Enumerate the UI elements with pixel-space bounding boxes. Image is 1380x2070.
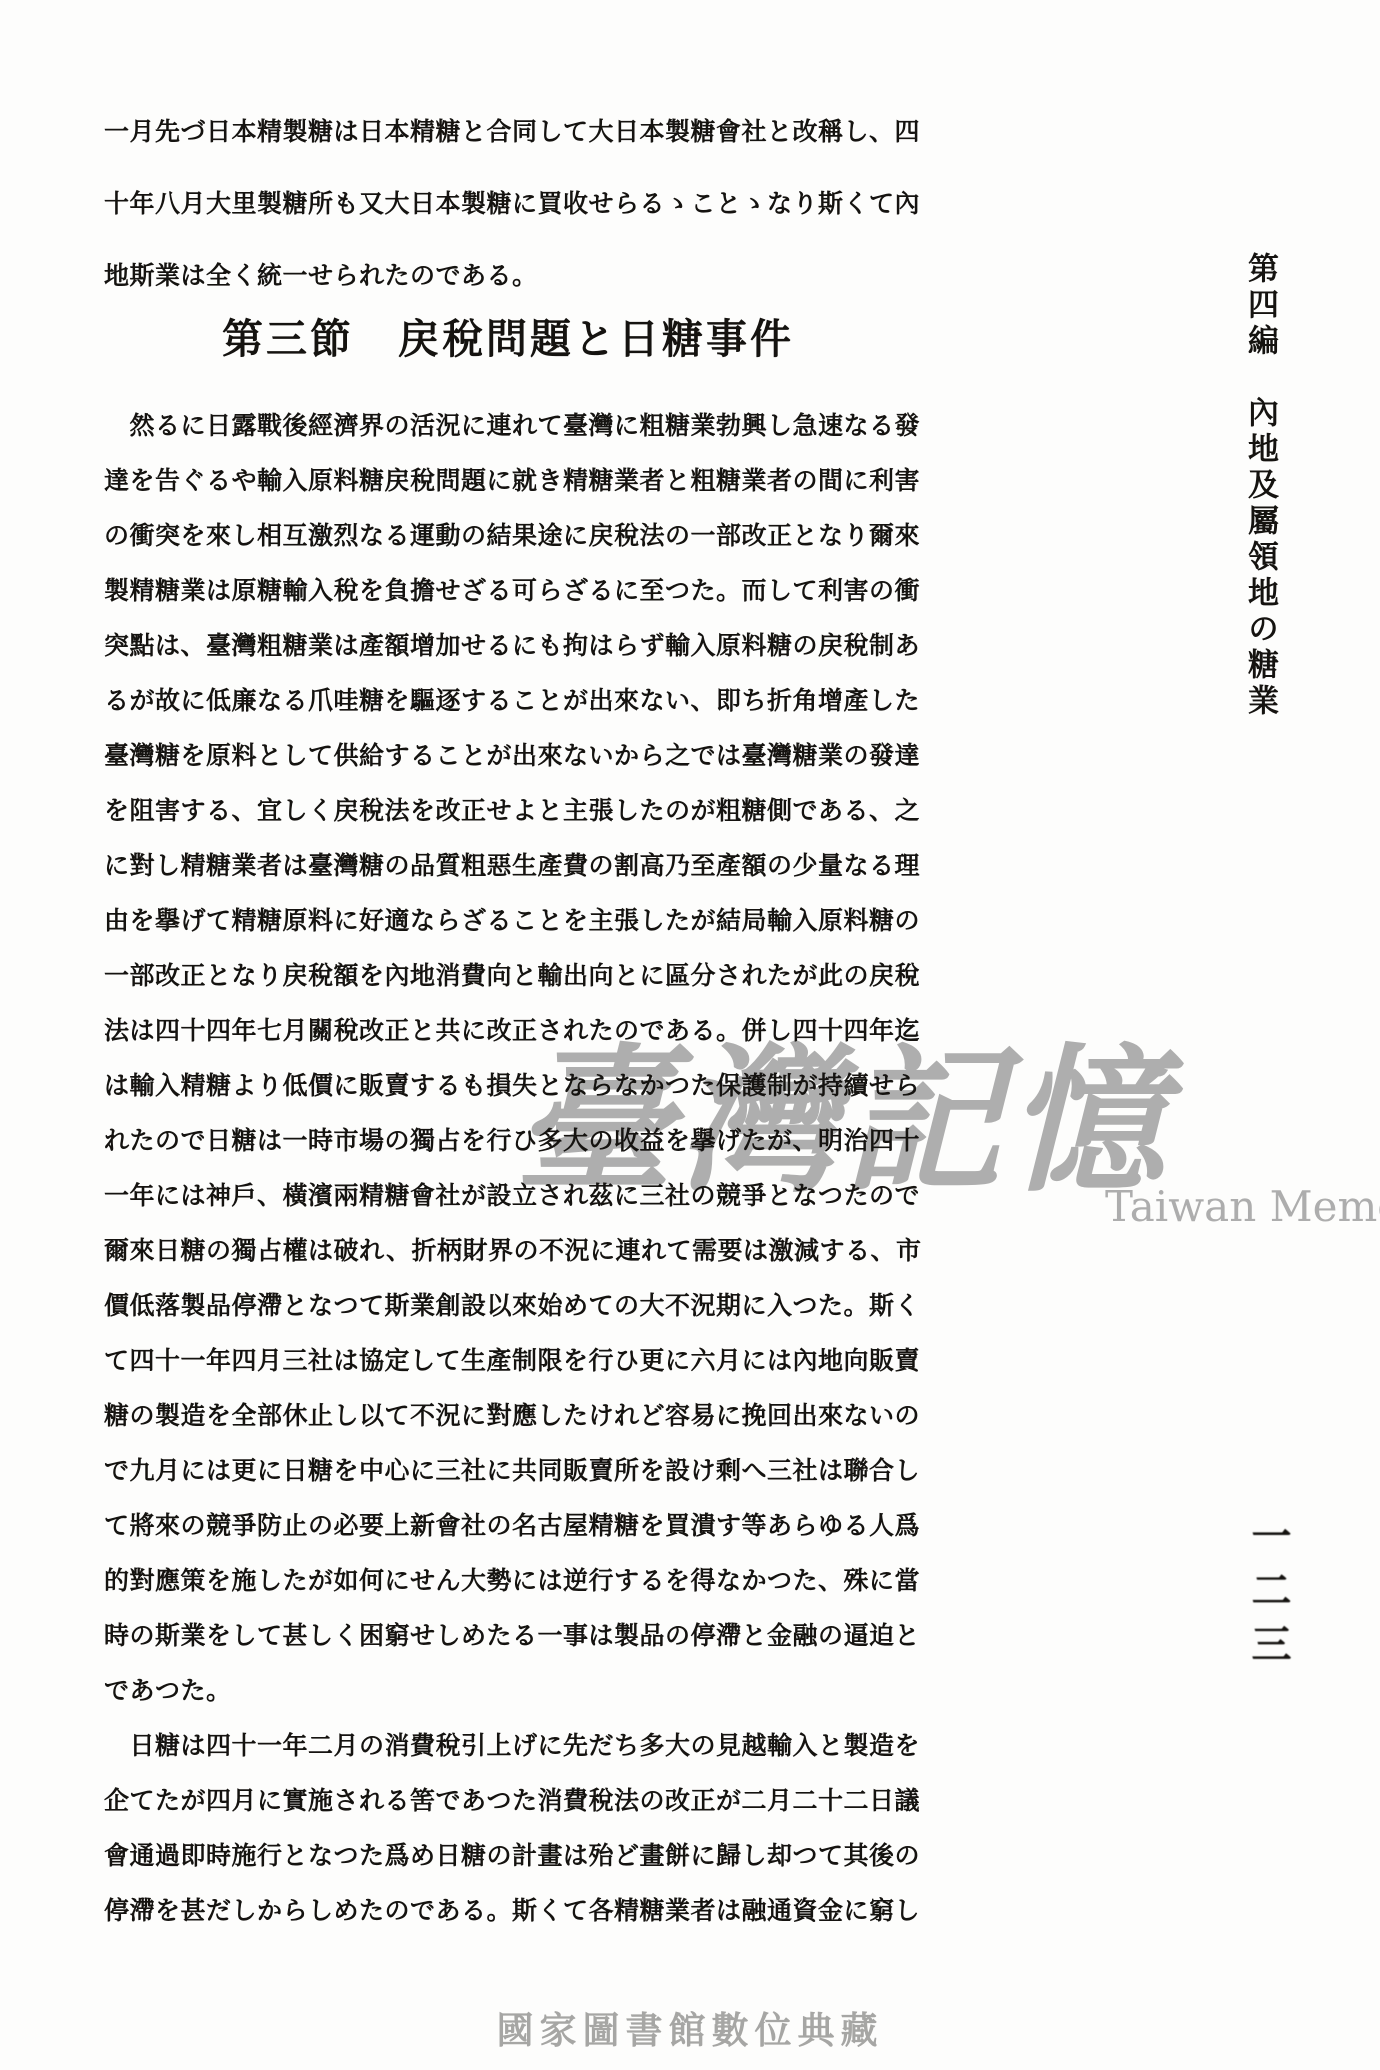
text-line: 法は四十四年七月關稅改正と共に改正されたのである。併し四十四年迄 xyxy=(104,1003,912,1058)
text-line: 臺灣糖を原料として供給することが出來ないから之では臺灣糖業の發達 xyxy=(104,728,912,783)
text-line: に對し精糖業者は臺灣糖の品質粗惡生產費の割高乃至產額の少量なる理 xyxy=(104,838,912,893)
text-line: 一部改正となり戻稅額を內地消費向と輸出向とに區分されたが此の戻稅 xyxy=(104,948,912,1003)
taiwan-memory-watermark-latin: Taiwan Memory xyxy=(1105,1182,1380,1231)
text-line: で九月には更に日糖を中心に三社に共同販賣所を設け剩へ三社は聯合し xyxy=(104,1443,912,1498)
text-line: 爾來日糖の獨占權は破れ、折柄財界の不況に連れて需要は激減する、市 xyxy=(104,1223,912,1278)
library-footer-watermark: 國家圖書館數位典藏 xyxy=(0,2000,1380,2054)
text-line: は輸入精糖より低價に販賣するも損失とならなかつた保護制が持續せら xyxy=(104,1058,912,1113)
text-line: 一月先づ日本精製糖は日本精糖と合同して大日本製糖會社と改稱し、四 xyxy=(104,96,912,168)
text-line: るが故に低廉なる爪哇糖を驅逐することが出來ない、即ち折角增產した xyxy=(104,673,912,728)
text-line: を阻害する、宜しく戻稅法を改正せよと主張したのが粗糖側である、之 xyxy=(104,783,912,838)
text-line: て將來の競爭防止の必要上新會社の名古屋精糖を買潰す等あらゆる人爲 xyxy=(104,1498,912,1553)
text-line: 十年八月大里製糖所も又大日本製糖に買收せらるゝことゝなり斯くて內 xyxy=(104,168,912,240)
chapter-margin-label: 第四編 內地及屬領地の糖業 xyxy=(1238,252,1283,772)
text-line: 由を擧げて精糖原料に好適ならざることを主張したが結局輸入原料糖の xyxy=(104,893,912,948)
text-line: の衝突を來し相互激烈なる運動の結果途に戻稅法の一部改正となり爾來 xyxy=(104,508,912,563)
text-line: れたので日糖は一時市場の獨占を行ひ多大の收益を擧げたが、明治四十 xyxy=(104,1113,912,1168)
text-line: 製精糖業は原糖輸入稅を負擔せざる可らざるに至つた。而して利害の衝 xyxy=(104,563,912,618)
text-line: 地斯業は全く統一せられたのである。 xyxy=(104,240,912,312)
text-line: 價低落製品停滯となつて斯業創設以來始めての大不況期に入つた。斯く xyxy=(104,1278,912,1333)
text-line: 時の斯業をして甚しく困窮せしめたる一事は製品の停滯と金融の逼迫と xyxy=(104,1608,912,1663)
text-line: 糖の製造を全部休止し以て不況に對應したけれど容易に挽回出來ないの xyxy=(104,1388,912,1443)
section-heading: 第三節 戻稅問題と日糖事件 xyxy=(104,306,912,365)
text-line: 會通過即時施行となつた爲め日糖の計畫は殆ど畫餅に歸し却つて其後の xyxy=(104,1828,912,1883)
text-line: 的對應策を施したが如何にせん大勢には逆行するを得なかつた、殊に當 xyxy=(104,1553,912,1608)
text-line: であつた。 xyxy=(104,1663,912,1718)
intro-paragraph: 一月先づ日本精製糖は日本精糖と合同して大日本製糖會社と改稱し、四 十年八月大里製… xyxy=(104,96,912,312)
page-number: 一二三 xyxy=(1240,1515,1297,1735)
text-line: て四十一年四月三社は協定して生產制限を行ひ更に六月には內地向販賣 xyxy=(104,1333,912,1388)
text-line: 突點は、臺灣粗糖業は產額增加せるにも拘はらず輸入原料糖の戻稅制あ xyxy=(104,618,912,673)
text-line: 一年には神戶、橫濱兩精糖會社が設立され茲に三社の競爭となつたので xyxy=(104,1168,912,1223)
body-text: 然るに日露戰後經濟界の活況に連れて臺灣に粗糖業勃興し急速なる發 達を告ぐるや輸入… xyxy=(104,398,912,1938)
text-line: 企てたが四月に實施される筈であつた消費稅法の改正が二月二十二日議 xyxy=(104,1773,912,1828)
text-line: 停滯を甚だしからしめたのである。斯くて各精糖業者は融通資金に窮し xyxy=(104,1883,912,1938)
scanned-book-page: 臺灣記憶 Taiwan Memory 一月先づ日本精製糖は日本精糖と合同して大日… xyxy=(0,0,1380,2070)
text-line: 日糖は四十一年二月の消費稅引上げに先だち多大の見越輸入と製造を xyxy=(104,1718,912,1773)
text-line: 然るに日露戰後經濟界の活況に連れて臺灣に粗糖業勃興し急速なる發 xyxy=(104,398,912,453)
text-line: 達を告ぐるや輸入原料糖戻稅問題に就き精糖業者と粗糖業者の間に利害 xyxy=(104,453,912,508)
